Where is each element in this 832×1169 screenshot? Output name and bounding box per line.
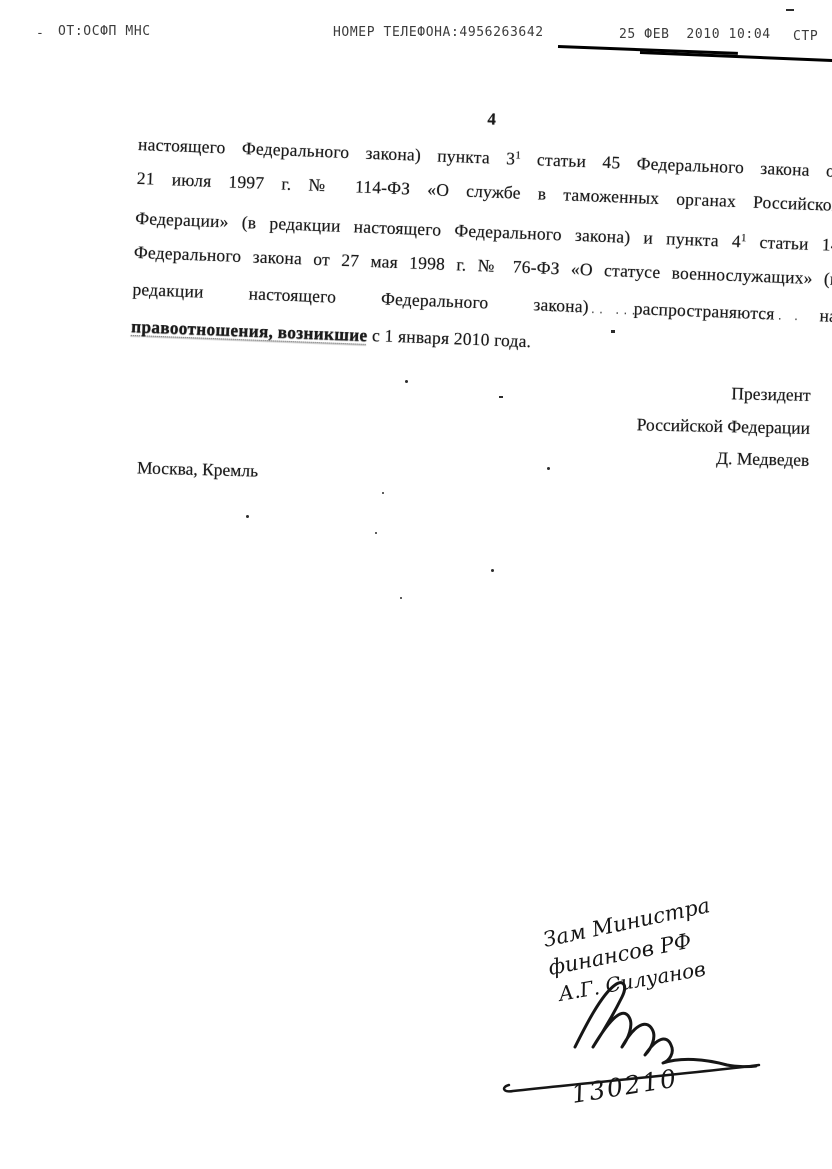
signer-name: Д. Медведев (439, 436, 810, 476)
scan-speck (491, 569, 494, 572)
fax-header-from: ОТ:ОСФП МНС (58, 24, 151, 39)
scan-speck (382, 492, 384, 494)
scan-speck (611, 330, 615, 333)
scan-speck (246, 515, 249, 518)
paragraph-line-6-smudged: правоотношения, возникшие (131, 316, 368, 345)
scan-speck (405, 380, 408, 383)
fax-header-datetime: 25 ФЕВ 2010 10:04 (619, 27, 771, 42)
fax-header-phone: НОМЕР ТЕЛЕФОНА:4956263642 (333, 25, 544, 40)
scanned-fax-page: - ОТ:ОСФП МНС НОМЕР ТЕЛЕФОНА:4956263642 … (0, 0, 832, 1169)
scan-speck (786, 9, 794, 11)
handwritten-annotation: Зам Министра финансов РФ А.Г. Силуанов 1… (465, 895, 785, 1130)
scan-speck (375, 532, 377, 534)
scan-speck (400, 597, 402, 599)
fax-header-dash: - (36, 26, 44, 41)
scan-speck (499, 396, 503, 398)
fax-header-page-label: СТР (793, 29, 818, 44)
scan-speck (547, 467, 550, 470)
signer-block: Президент Российской Федерации Д. Медвед… (439, 371, 811, 476)
place-line: Москва, Кремль (137, 457, 259, 481)
paragraph-line-6-rest: с 1 января 2010 года. (367, 325, 531, 351)
paragraph-line-3-cont: статьи 14 (746, 231, 832, 255)
law-text-block: 4 настоящего Федерального закона) пункта… (130, 96, 832, 372)
handwritten-date: 130210 (569, 1063, 680, 1108)
